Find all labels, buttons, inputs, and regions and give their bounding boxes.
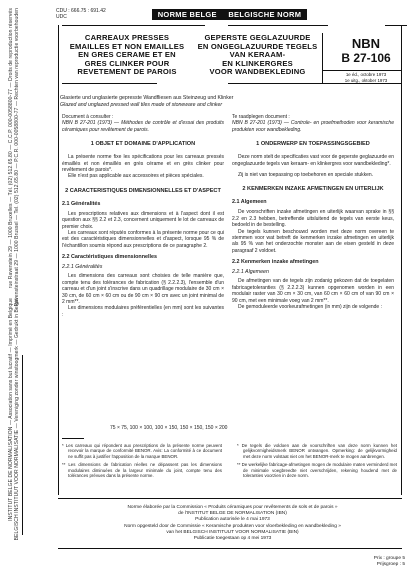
banner-fr: NORME BELGE bbox=[158, 10, 217, 19]
subtitle-en: Glazed and unglazed pressed wall tiles m… bbox=[60, 102, 222, 109]
section-2-1-title-fr: 2.1 Généralités bbox=[62, 201, 224, 208]
rule-title-divider bbox=[322, 33, 323, 83]
footnote-fr-1: * Les carreaux qui répondent aux prescri… bbox=[62, 443, 222, 459]
column-nl: Te raadplegen document : NBN B 27-201 (1… bbox=[232, 114, 394, 310]
standard-org: NBN bbox=[325, 36, 407, 51]
cdu-value: : 666.75 : 691.42 bbox=[68, 8, 106, 14]
column-fr: Document à consulter : NBN B 27-201 (197… bbox=[62, 114, 224, 318]
section-1-title-fr: 1 OBJET ET DOMAINE D'APPLICATION bbox=[62, 141, 224, 148]
consult-text-nl: NBN B 27-201 (1973) — Controle- en proef… bbox=[232, 120, 394, 133]
section-2-1-p2-fr: Les carreaux sont réputés conformes à la… bbox=[62, 230, 224, 249]
rule-title-bottom-right bbox=[228, 83, 402, 84]
cdu-classification: CDU : 666.75 : 691.42 UDC bbox=[56, 8, 106, 20]
banner-nl: BELGISCHE NORM bbox=[228, 10, 301, 19]
section-2-title-nl: 2 KENMERKEN INZAKE AFMETINGEN EN UITERLI… bbox=[232, 186, 394, 193]
edition-info: 1e éd., octobre 1973 1e uitg., oktober 1… bbox=[325, 72, 407, 83]
section-1-p1-nl: Deze norm stelt de specificaties vast vo… bbox=[232, 154, 394, 167]
section-2-2-1-p1-nl: De afmetingen van de tegels zijn zodanig… bbox=[232, 278, 394, 304]
section-2-2-1-p2-fr: Les dimensions modulaires préférentielle… bbox=[62, 305, 224, 318]
cdu-label-nl: UDC bbox=[56, 14, 106, 20]
edition-nl: 1e uitg., oktober 1973 bbox=[325, 78, 407, 84]
rule-edition-top bbox=[322, 70, 402, 71]
rule-top-mid bbox=[228, 25, 328, 26]
side-line-2: Ravensteinstraat 29 — 1000 Brussel — Tel… bbox=[14, 8, 20, 306]
footnote-fr-2: ** Les dimensions de fabrication réelles… bbox=[62, 462, 222, 478]
subtitle-de: Glasierte und unglasierte gepresste Wand… bbox=[60, 95, 233, 102]
title-nl-line: VOOR WANDBEKLEDING bbox=[195, 68, 320, 77]
rule-top-right bbox=[385, 25, 407, 26]
footnote-rule bbox=[62, 438, 84, 439]
norm-banner: NORME BELGE BELGISCHE NORM bbox=[152, 9, 307, 20]
section-2-2-1-p2-nl: De gemoduleerde voorkeurafmetingen (in m… bbox=[232, 304, 394, 310]
approval-block: Norme élaborée par la Commission « Produ… bbox=[60, 505, 405, 542]
side-line-4: BELGISCH INSTITUUT VOOR NORMALISATIE — V… bbox=[14, 298, 20, 540]
rule-title-bottom-left bbox=[62, 83, 157, 84]
footnotes-nl: * De tegels die voldoen aan de voorschri… bbox=[237, 443, 397, 481]
section-2-2-1-title-nl: 2.2.1 Algemeen bbox=[232, 269, 394, 276]
approval-nl-3: Publicatie toegestaan op 4 mei 1973 bbox=[60, 536, 405, 542]
section-1-p2-nl: Zij is niet van toepassing op toebehoren… bbox=[232, 172, 394, 178]
footnotes-fr: * Les carreaux qui répondent aux prescri… bbox=[62, 443, 222, 481]
rule-top-left bbox=[62, 25, 205, 26]
title-fr-line: REVETEMENT DE PAROIS bbox=[62, 68, 192, 77]
standard-id: NBN B 27-106 bbox=[325, 36, 407, 65]
footnote-nl-2: ** De werkelijke fabricage-afmetingen mo… bbox=[237, 462, 397, 478]
section-2-title-fr: 2 CARACTERISTIQUES DIMENSIONNELLES ET D'… bbox=[62, 188, 224, 195]
title-fr: CARREAUX PRESSES EMAILLES ET NON EMAILLE… bbox=[62, 34, 192, 77]
side-rule bbox=[22, 355, 23, 535]
side-margin-publisher-info: rue Ravenstein 29 — 1000 Bruxelles — Tél… bbox=[6, 8, 32, 553]
section-2-1-p2-nl: De tegels kunnen beschouwd worden met de… bbox=[232, 229, 394, 255]
price-group: Prix : groupe 5 Prijsgroep : 5 bbox=[374, 556, 405, 568]
section-2-1-title-nl: 2.1 Algemeen bbox=[232, 199, 394, 206]
section-2-2-1-p1-fr: Les dimensions des carreaux sont choisie… bbox=[62, 273, 224, 305]
preferred-dimensions: 75 × 75, 100 × 100, 100 × 150, 150 × 150… bbox=[110, 425, 227, 431]
section-2-2-title-fr: 2.2 Caractéristiques dimensionnelles bbox=[62, 254, 224, 261]
approval-rule-top bbox=[58, 498, 402, 499]
footnote-nl-1: * De tegels die voldoen aan de voorschri… bbox=[237, 443, 397, 459]
title-nl: GEPERSTE GEGLAZUURDE EN ONGEGLAZUURDE TE… bbox=[195, 34, 320, 77]
approval-rule-bottom bbox=[58, 548, 402, 549]
section-1-p1-fr: La présente norme fixe les spécification… bbox=[62, 154, 224, 173]
standard-number: B 27-106 bbox=[325, 51, 407, 65]
rule-left bbox=[58, 25, 59, 495]
consult-text-fr: NBN B 27-201 (1973) — Méthodes de contrô… bbox=[62, 120, 224, 133]
section-2-1-p1-fr: Les prescriptions relatives aux dimensio… bbox=[62, 211, 224, 230]
rule-right bbox=[401, 25, 402, 495]
section-2-2-1-title-fr: 2.2.1 Généralités bbox=[62, 264, 224, 271]
section-1-title-nl: 1 ONDERWERP EN TOEPASSINGSGEBIED bbox=[232, 141, 394, 148]
section-2-1-p1-nl: De voorschriften inzake afmetingen en ui… bbox=[232, 209, 394, 228]
price-nl: Prijsgroep : 5 bbox=[374, 562, 405, 568]
section-1-p2-fr: Elle n'est pas applicable aux accessoire… bbox=[62, 173, 224, 179]
section-2-2-title-nl: 2.2 Kenmerken inzake afmetingen bbox=[232, 259, 394, 266]
